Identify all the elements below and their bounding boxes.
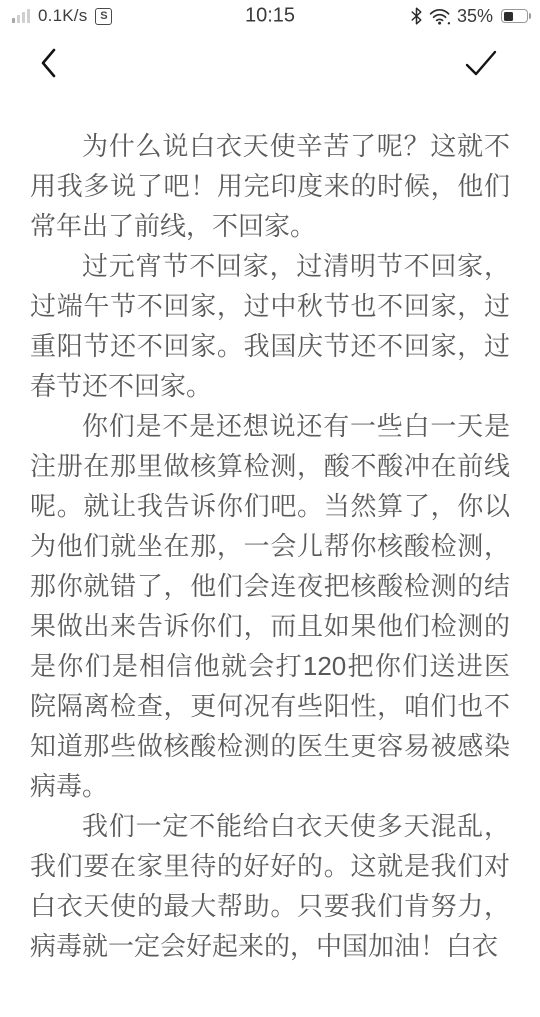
toolbar <box>0 32 540 94</box>
status-bar-left: 0.1K/s S <box>12 6 112 26</box>
battery-percent-label: 35% <box>457 6 493 27</box>
note-text-area[interactable]: 为什么说白衣天使辛苦了呢？这就不用我多说了吧！用完印度来的时候，他们常年出了前线… <box>0 94 540 966</box>
battery-icon <box>501 9 528 23</box>
chevron-left-icon <box>38 46 60 80</box>
paragraph-4[interactable]: 我们一定不能给白衣天使多天混乱，我们要在家里待的好好的。这就是我们对白衣天使的最… <box>30 806 510 966</box>
back-button[interactable] <box>38 46 60 80</box>
note-editor-screen: { "status_bar": { "network_speed": "0.1K… <box>0 0 540 1017</box>
paragraph-2[interactable]: 过元宵节不回家，过清明节不回家，过端午节不回家，过中秋节也不回家，过重阳节还不回… <box>30 246 510 406</box>
paragraph-1[interactable]: 为什么说白衣天使辛苦了呢？这就不用我多说了吧！用完印度来的时候，他们常年出了前线… <box>30 126 510 246</box>
confirm-button[interactable] <box>464 49 498 77</box>
bluetooth-icon <box>410 7 423 25</box>
wifi-icon <box>429 8 451 25</box>
clock-label: 10:15 <box>245 5 295 28</box>
check-icon <box>464 49 498 77</box>
status-bar: 0.1K/s S 10:15 35% <box>0 0 540 32</box>
network-speed-label: 0.1K/s <box>38 6 87 26</box>
status-bar-right: 35% <box>410 6 528 27</box>
sim-s-icon: S <box>95 8 112 25</box>
paragraph-3[interactable]: 你们是不是还想说还有一些白一天是注册在那里做核算检测，酸不酸冲在前线呢。就让我告… <box>30 406 510 806</box>
signal-strength-icon <box>12 9 30 23</box>
